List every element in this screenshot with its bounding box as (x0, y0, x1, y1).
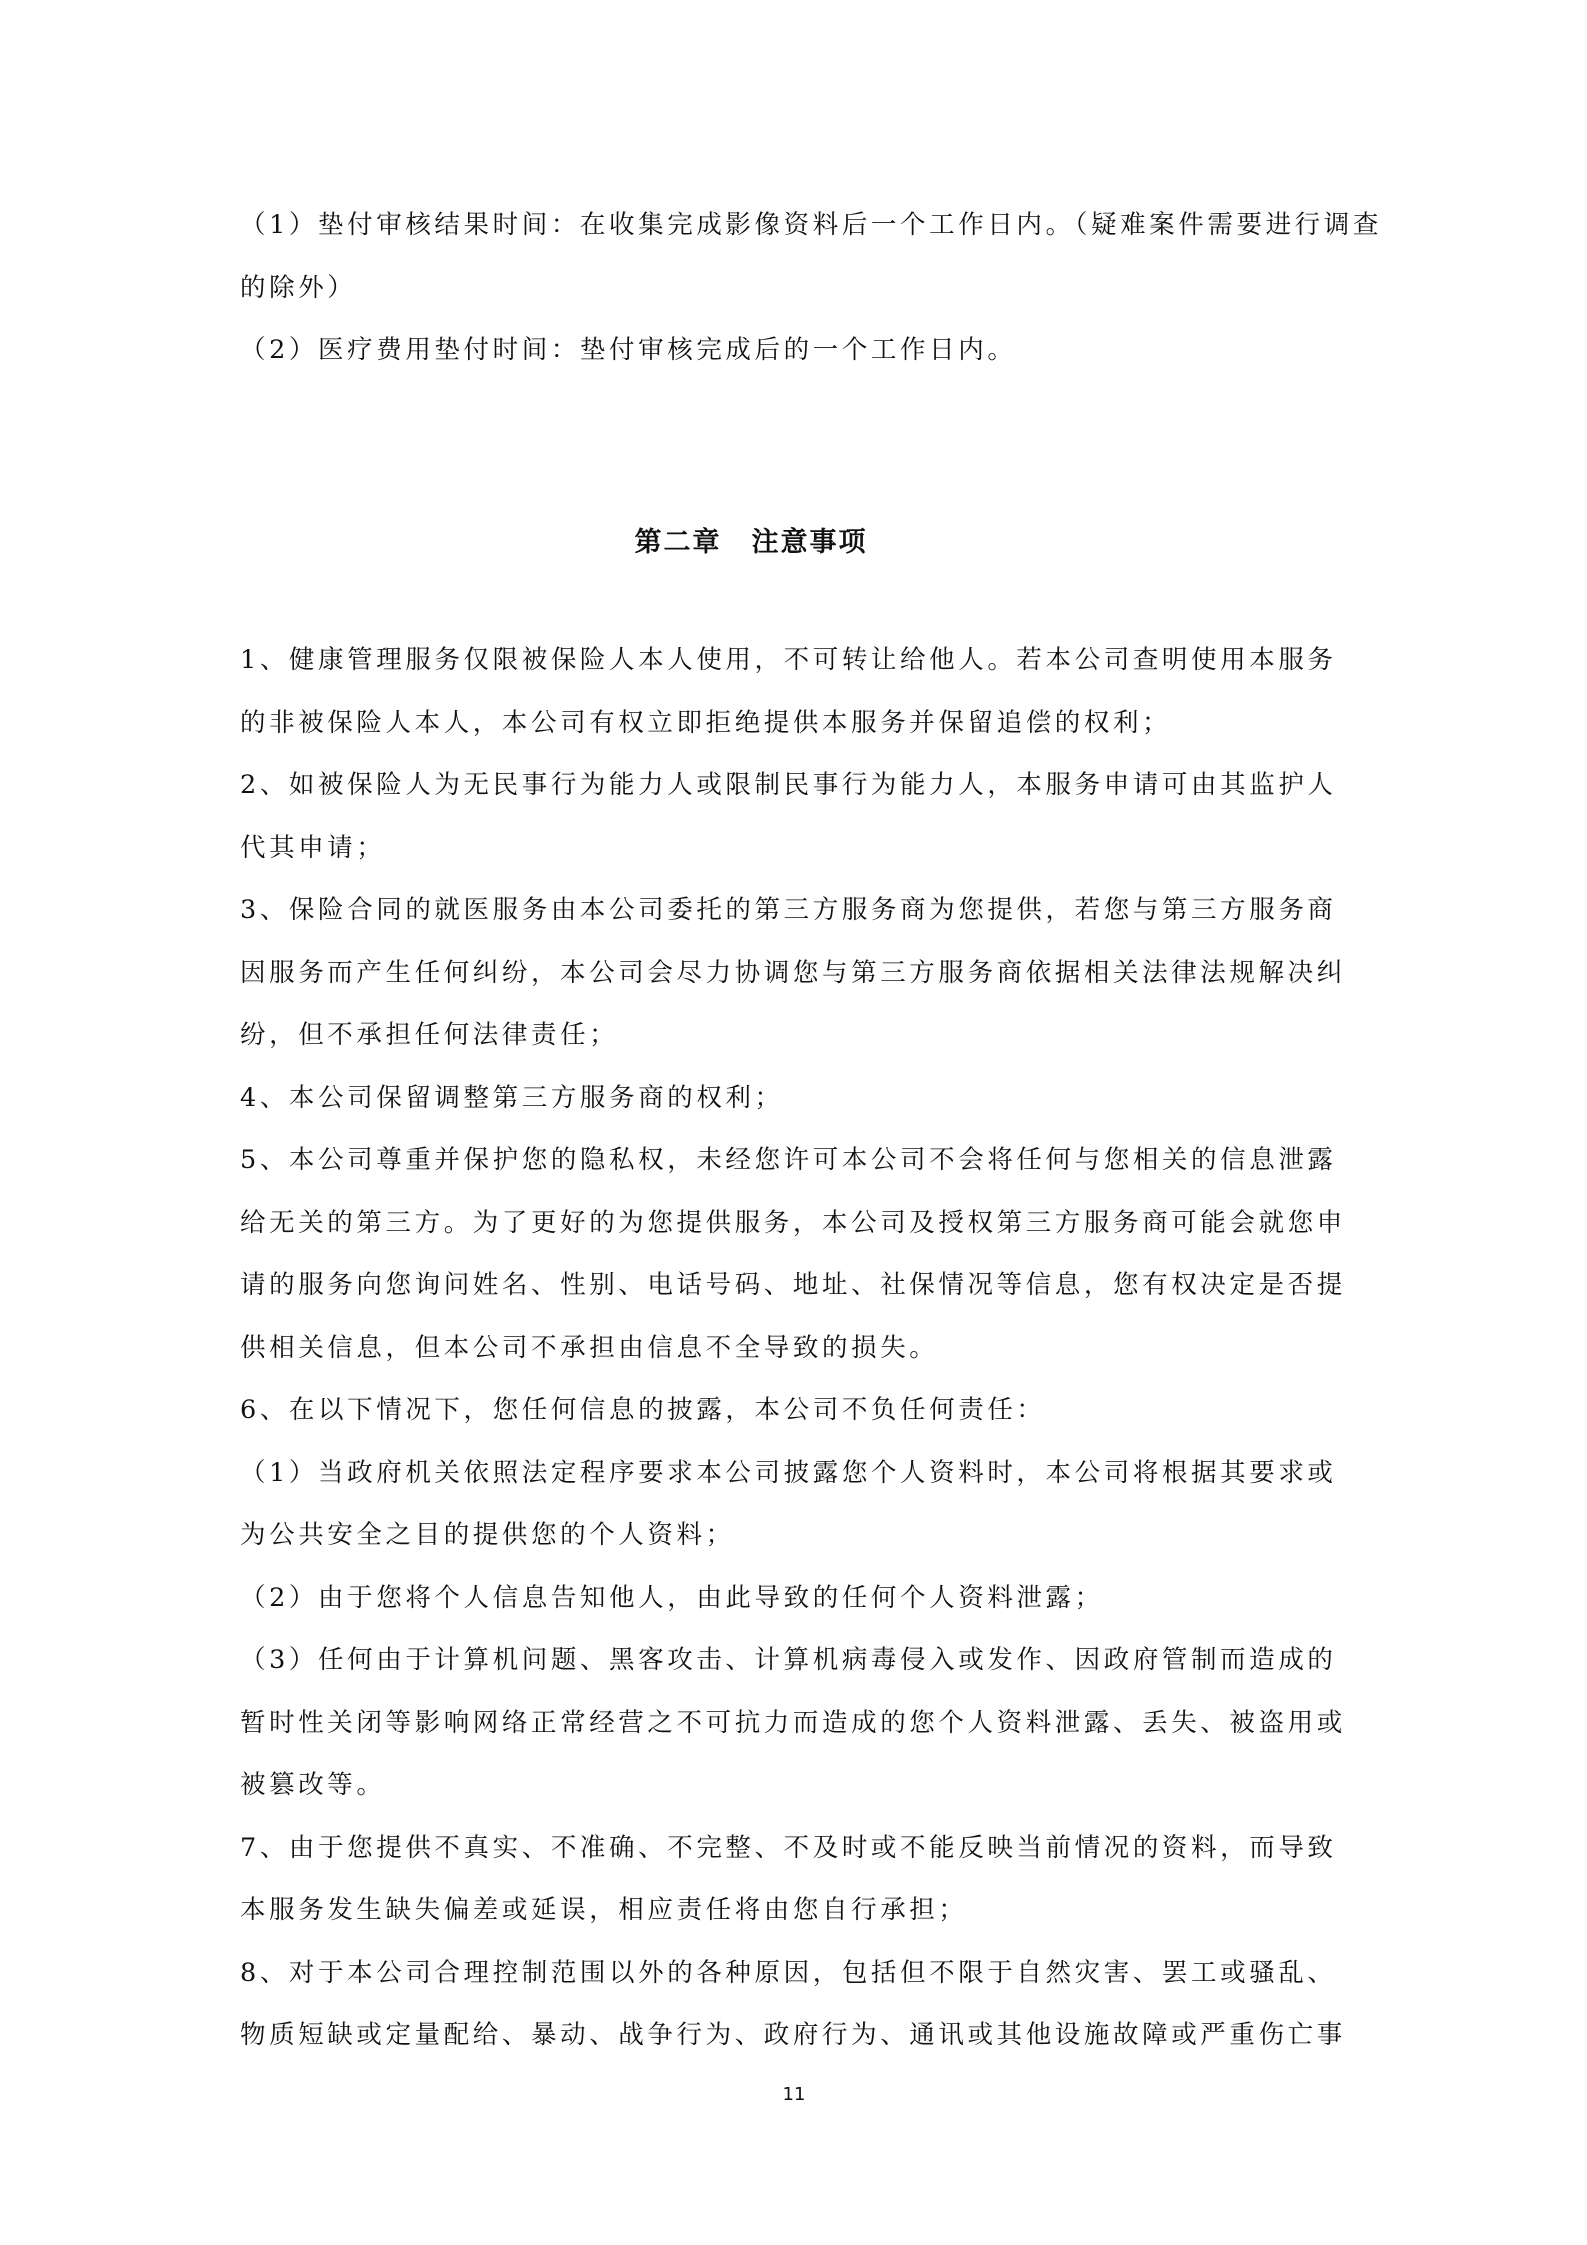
chapter-title: 注意事项 (752, 527, 868, 558)
body-line: （1）当政府机关依照法定程序要求本公司披露您个人资料时，本公司将根据其要求或 (240, 1442, 1350, 1505)
intro-line: （1）垫付审核结果时间：在收集完成影像资料后一个工作日内。（疑难案件需要进行调查 (240, 194, 1350, 257)
document-page: （1）垫付审核结果时间：在收集完成影像资料后一个工作日内。（疑难案件需要进行调查… (0, 0, 1587, 2245)
body-line: 纷，但不承担任何法律责任； (240, 1004, 1350, 1067)
body-line: 4、本公司保留调整第三方服务商的权利； (240, 1067, 1350, 1130)
body-line: 2、如被保险人为无民事行为能力人或限制民事行为能力人，本服务申请可由其监护人 (240, 754, 1350, 817)
body-line: 本服务发生缺失偏差或延误，相应责任将由您自行承担； (240, 1879, 1350, 1942)
body-line: （3）任何由于计算机问题、黑客攻击、计算机病毒侵入或发作、因政府管制而造成的 (240, 1629, 1350, 1692)
intro-line: 的除外） (240, 257, 1350, 320)
body-line: 代其申请； (240, 817, 1350, 880)
body-line: 被篡改等。 (240, 1754, 1350, 1817)
page-number: 11 (0, 2082, 1587, 2108)
body-line: 供相关信息，但本公司不承担由信息不全导致的损失。 (240, 1317, 1350, 1380)
body-line: 5、本公司尊重并保护您的隐私权，未经您许可本公司不会将任何与您相关的信息泄露 (240, 1129, 1350, 1192)
body-line: 暂时性关闭等影响网络正常经营之不可抗力而造成的您个人资料泄露、丢失、被盗用或 (240, 1692, 1350, 1755)
body-line: 7、由于您提供不真实、不准确、不完整、不及时或不能反映当前情况的资料，而导致 (240, 1817, 1350, 1880)
body-line: 为公共安全之目的提供您的个人资料； (240, 1504, 1350, 1567)
body-line: （2）由于您将个人信息告知他人，由此导致的任何个人资料泄露； (240, 1567, 1350, 1630)
body-line: 给无关的第三方。为了更好的为您提供服务，本公司及授权第三方服务商可能会就您申 (240, 1192, 1350, 1255)
intro-paragraphs: （1）垫付审核结果时间：在收集完成影像资料后一个工作日内。（疑难案件需要进行调查… (240, 194, 1350, 382)
chapter-heading: 第二章注意事项 (0, 520, 1502, 566)
body-line: 8、对于本公司合理控制范围以外的各种原因，包括但不限于自然灾害、罢工或骚乱、 (240, 1942, 1350, 2005)
notice-items: 1、健康管理服务仅限被保险人本人使用，不可转让给他人。若本公司查明使用本服务 的… (240, 629, 1350, 2067)
body-line: 请的服务向您询问姓名、性别、电话号码、地址、社保情况等信息，您有权决定是否提 (240, 1254, 1350, 1317)
body-line: 物质短缺或定量配给、暴动、战争行为、政府行为、通讯或其他设施故障或严重伤亡事 (240, 2004, 1350, 2067)
body-line: 的非被保险人本人，本公司有权立即拒绝提供本服务并保留追偿的权利； (240, 692, 1350, 755)
body-line: 6、在以下情况下，您任何信息的披露，本公司不负任何责任： (240, 1379, 1350, 1442)
body-line: 因服务而产生任何纠纷，本公司会尽力协调您与第三方服务商依据相关法律法规解决纠 (240, 942, 1350, 1005)
body-line: 1、健康管理服务仅限被保险人本人使用，不可转让给他人。若本公司查明使用本服务 (240, 629, 1350, 692)
chapter-number: 第二章 (635, 527, 722, 558)
intro-line: （2）医疗费用垫付时间：垫付审核完成后的一个工作日内。 (240, 319, 1350, 382)
body-line: 3、保险合同的就医服务由本公司委托的第三方服务商为您提供，若您与第三方服务商 (240, 879, 1350, 942)
